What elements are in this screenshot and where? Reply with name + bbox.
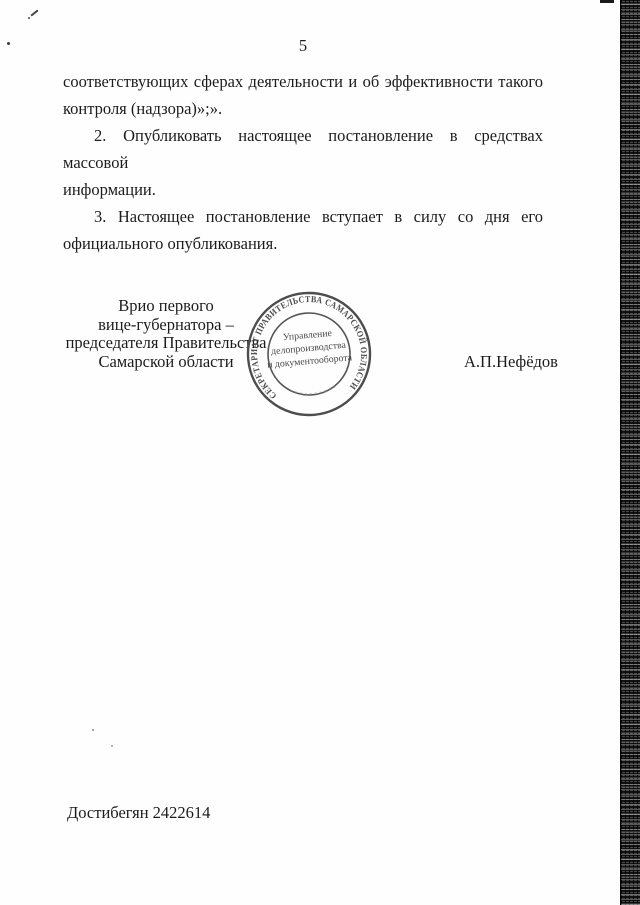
signature-title-line: Врио первого: [58, 297, 274, 316]
scanner-edge-strip: [620, 0, 640, 905]
document-body: соответствующих сферах деятельности и об…: [63, 68, 543, 257]
body-line-item-2: 2. Опубликовать настоящее постановление …: [63, 122, 543, 176]
body-line: контроля (надзора)»;».: [63, 95, 543, 122]
body-line: официального опубликования.: [63, 230, 543, 257]
scan-speck: [30, 9, 38, 16]
stamp-outer-ring: [243, 288, 375, 420]
signer-name: А.П.Нефёдов: [464, 352, 558, 372]
signature-title-line: председателя Правительства: [58, 334, 274, 353]
signature-title-block: Врио первого вице-губернатора – председа…: [58, 297, 274, 371]
signature-title-line: Самарской области: [58, 353, 274, 372]
svg-text:СЕКРЕТАРИАТ ПРАВИТЕЛЬСТВА САМА: СЕКРЕТАРИАТ ПРАВИТЕЛЬСТВА САМАРСКОЙ ОБЛА…: [243, 288, 375, 420]
scan-speck: [28, 17, 30, 19]
scan-artifact-tick: [600, 0, 614, 3]
footer-reference: Достибегян 2422614: [67, 803, 210, 823]
scanned-document-page: 5 соответствующих сферах деятельности и …: [0, 0, 640, 905]
scan-speck: [111, 745, 113, 747]
body-line: информации.: [63, 176, 543, 203]
scan-speck: [92, 729, 94, 731]
official-stamp: СЕКРЕТАРИАТ ПРАВИТЕЛЬСТВА САМАРСКОЙ ОБЛА…: [243, 288, 375, 420]
signature-title-line: вице-губернатора –: [58, 316, 274, 335]
body-line-item-3: 3. Настоящее постановление вступает в си…: [63, 203, 543, 230]
body-line: соответствующих сферах деятельности и об…: [63, 68, 543, 95]
scan-speck: [7, 42, 10, 45]
stamp-ring-text: СЕКРЕТАРИАТ ПРАВИТЕЛЬСТВА САМАРСКОЙ ОБЛА…: [243, 288, 375, 420]
page-number: 5: [63, 36, 543, 56]
